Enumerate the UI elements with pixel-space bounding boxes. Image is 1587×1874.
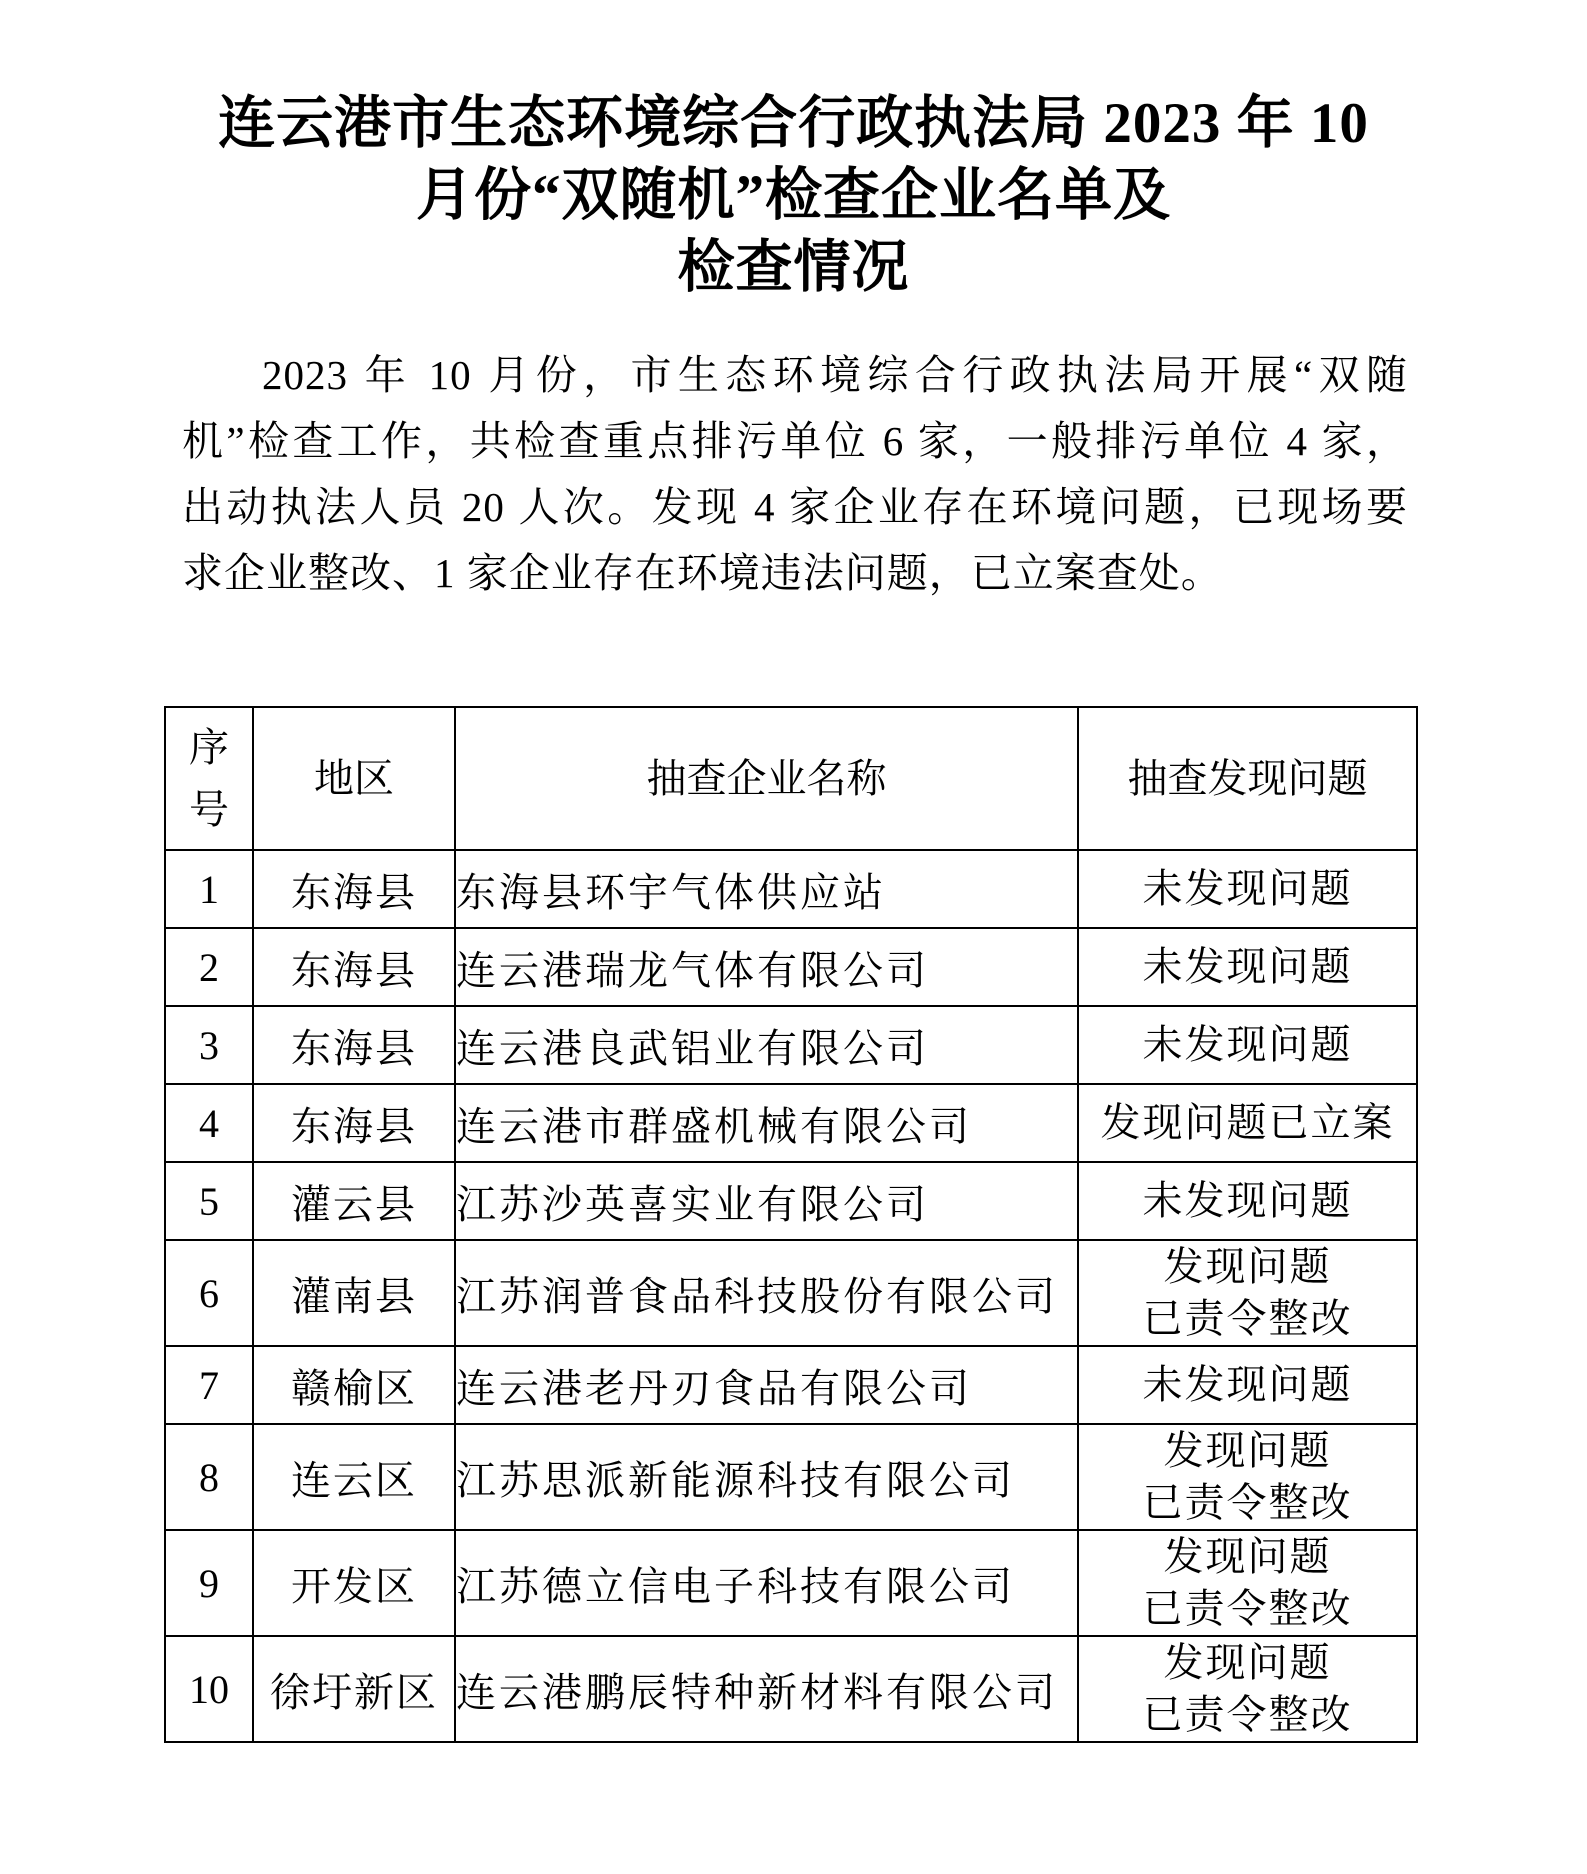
document-page: 连云港市生态环境综合行政执法局 2023 年 10月份“双随机”检查企业名单及检… <box>0 0 1587 1874</box>
title-line: 连云港市生态环境综合行政执法局 2023 年 10 <box>0 88 1587 160</box>
inspection-result-cell: 未发现问题 <box>1078 850 1417 928</box>
table-row: 9开发区江苏德立信电子科技有限公司发现问题 已责令整改 <box>165 1530 1417 1636</box>
paragraph-line: 求企业整改、1 家企业存在环境违法问题，已立案查处。 <box>182 540 1408 606</box>
region-cell: 徐圩新区 <box>253 1636 455 1742</box>
paragraph-line: 2023 年 10 月份，市生态环境综合行政执法局开展“双随 <box>182 342 1408 408</box>
region-cell: 东海县 <box>253 1006 455 1084</box>
table-header-row: 序 号地区抽查企业名称抽查发现问题 <box>165 707 1417 850</box>
inspection-result-cell: 未发现问题 <box>1078 1162 1417 1240</box>
region-cell: 赣榆区 <box>253 1346 455 1424</box>
region-cell: 东海县 <box>253 850 455 928</box>
company-name-cell: 江苏德立信电子科技有限公司 <box>455 1530 1078 1636</box>
column-header: 地区 <box>253 707 455 850</box>
header-row: 序 号地区抽查企业名称抽查发现问题 <box>165 707 1417 850</box>
table-row: 7赣榆区连云港老丹刃食品有限公司未发现问题 <box>165 1346 1417 1424</box>
company-name-cell: 连云港老丹刃食品有限公司 <box>455 1346 1078 1424</box>
inspection-result-cell: 未发现问题 <box>1078 928 1417 1006</box>
serial-number-cell: 8 <box>165 1424 253 1530</box>
region-cell: 东海县 <box>253 928 455 1006</box>
column-header: 抽查企业名称 <box>455 707 1078 850</box>
table-row: 10徐圩新区连云港鹏辰特种新材料有限公司发现问题 已责令整改 <box>165 1636 1417 1742</box>
company-name-cell: 江苏沙英喜实业有限公司 <box>455 1162 1078 1240</box>
company-name-cell: 连云港瑞龙气体有限公司 <box>455 928 1078 1006</box>
inspection-result-cell: 发现问题 已责令整改 <box>1078 1530 1417 1636</box>
inspection-result-cell: 发现问题 已责令整改 <box>1078 1636 1417 1742</box>
intro-paragraph: 2023 年 10 月份，市生态环境综合行政执法局开展“双随机”检查工作，共检查… <box>182 342 1408 606</box>
serial-number-cell: 3 <box>165 1006 253 1084</box>
company-name-cell: 连云港良武铝业有限公司 <box>455 1006 1078 1084</box>
table-row: 1东海县东海县环宇气体供应站未发现问题 <box>165 850 1417 928</box>
table-row: 8连云区江苏思派新能源科技有限公司发现问题 已责令整改 <box>165 1424 1417 1530</box>
table-body: 1东海县东海县环宇气体供应站未发现问题2东海县连云港瑞龙气体有限公司未发现问题3… <box>165 850 1417 1742</box>
document-title: 连云港市生态环境综合行政执法局 2023 年 10月份“双随机”检查企业名单及检… <box>0 0 1587 304</box>
column-header: 序 号 <box>165 707 253 850</box>
title-line: 月份“双随机”检查企业名单及 <box>0 160 1587 232</box>
serial-number-cell: 9 <box>165 1530 253 1636</box>
inspection-result-cell: 未发现问题 <box>1078 1006 1417 1084</box>
inspection-result-cell: 发现问题已立案 <box>1078 1084 1417 1162</box>
serial-number-cell: 4 <box>165 1084 253 1162</box>
title-line: 检查情况 <box>0 232 1587 304</box>
paragraph-line: 机”检查工作，共检查重点排污单位 6 家，一般排污单位 4 家， <box>182 408 1408 474</box>
company-name-cell: 连云港市群盛机械有限公司 <box>455 1084 1078 1162</box>
region-cell: 连云区 <box>253 1424 455 1530</box>
inspection-result-cell: 发现问题 已责令整改 <box>1078 1240 1417 1346</box>
paragraph-line: 出动执法人员 20 人次。发现 4 家企业存在环境问题，已现场要 <box>182 474 1408 540</box>
serial-number-cell: 10 <box>165 1636 253 1742</box>
inspection-result-cell: 未发现问题 <box>1078 1346 1417 1424</box>
table-row: 2东海县连云港瑞龙气体有限公司未发现问题 <box>165 928 1417 1006</box>
column-header: 抽查发现问题 <box>1078 707 1417 850</box>
serial-number-cell: 1 <box>165 850 253 928</box>
company-name-cell: 连云港鹏辰特种新材料有限公司 <box>455 1636 1078 1742</box>
table-row: 5灌云县江苏沙英喜实业有限公司未发现问题 <box>165 1162 1417 1240</box>
company-name-cell: 东海县环宇气体供应站 <box>455 850 1078 928</box>
serial-number-cell: 5 <box>165 1162 253 1240</box>
company-name-cell: 江苏润普食品科技股份有限公司 <box>455 1240 1078 1346</box>
region-cell: 东海县 <box>253 1084 455 1162</box>
region-cell: 灌南县 <box>253 1240 455 1346</box>
inspection-result-cell: 发现问题 已责令整改 <box>1078 1424 1417 1530</box>
table-row: 4东海县连云港市群盛机械有限公司发现问题已立案 <box>165 1084 1417 1162</box>
inspection-table: 序 号地区抽查企业名称抽查发现问题 1东海县东海县环宇气体供应站未发现问题2东海… <box>164 706 1418 1743</box>
company-name-cell: 江苏思派新能源科技有限公司 <box>455 1424 1078 1530</box>
serial-number-cell: 6 <box>165 1240 253 1346</box>
region-cell: 开发区 <box>253 1530 455 1636</box>
table-row: 6灌南县江苏润普食品科技股份有限公司发现问题 已责令整改 <box>165 1240 1417 1346</box>
table-row: 3东海县连云港良武铝业有限公司未发现问题 <box>165 1006 1417 1084</box>
region-cell: 灌云县 <box>253 1162 455 1240</box>
serial-number-cell: 2 <box>165 928 253 1006</box>
serial-number-cell: 7 <box>165 1346 253 1424</box>
